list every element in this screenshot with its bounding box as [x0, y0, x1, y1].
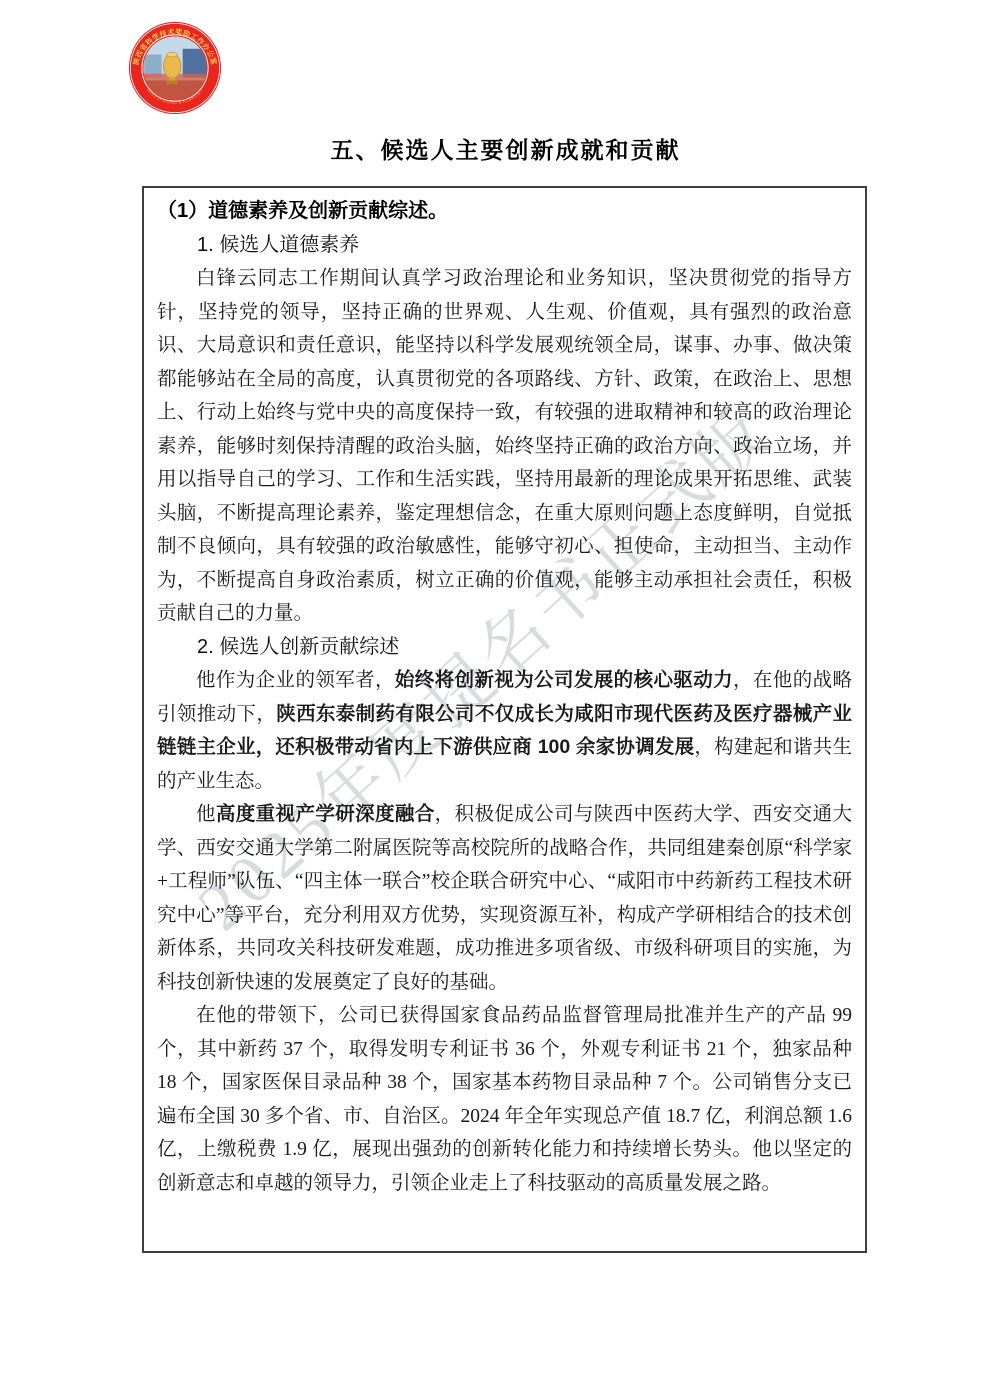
- subsection2-heading: 2. 候选人创新贡献综述: [157, 631, 852, 665]
- paragraph-moral-quality: 白锋云同志工作期间认真学习政治理论和业务知识，坚决贯彻党的指导方针，坚持党的领导…: [157, 262, 852, 631]
- org-seal-logo: 陕西省科学技术奖励工作办公室 OFFICE OF SCIENCE & TECHN…: [127, 20, 223, 116]
- paragraph-industry-university-research: 他高度重视产学研深度融合，积极促成公司与陕西中医药大学、西安交通大学、西安交通大…: [157, 798, 852, 999]
- paragraph-innovation-leadership: 他作为企业的领军者，始终将创新视为公司发展的核心驱动力，在他的战略引领推动下，陕…: [157, 664, 852, 798]
- seal-graphic: 陕西省科学技术奖励工作办公室 OFFICE OF SCIENCE & TECHN…: [127, 20, 223, 116]
- document-page: 陕西省科学技术奖励工作办公室 OFFICE OF SCIENCE & TECHN…: [0, 0, 990, 1399]
- section-heading: （1）道德素养及创新贡献综述。: [157, 195, 852, 229]
- subsection1-heading: 1. 候选人道德素养: [157, 229, 852, 263]
- paragraph-achievements-figures: 在他的带领下，公司已获得国家食品药品监督管理局批准并生产的产品 99 个，其中新…: [157, 999, 852, 1200]
- content-box: （1）道德素养及创新贡献综述。 1. 候选人道德素养 白锋云同志工作期间认真学习…: [142, 186, 867, 1253]
- page-title: 五、候选人主要创新成就和贡献: [142, 132, 869, 165]
